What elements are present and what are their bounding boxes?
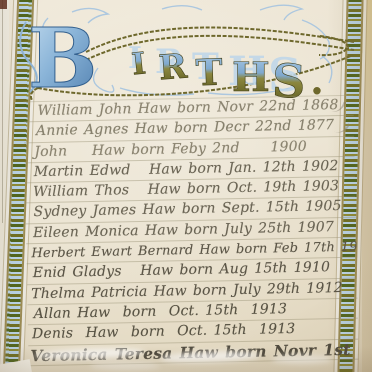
register-page-photo: I R T H S B I R T H S . William John Haw… — [0, 0, 372, 372]
left-page-edge-line — [2, 0, 3, 223]
svg-text:R: R — [157, 47, 189, 89]
erased-text-smudge — [272, 355, 332, 364]
svg-text:I: I — [130, 46, 148, 82]
births-title: I R T H S B I R T H S . — [14, 0, 358, 100]
svg-text:S: S — [271, 54, 306, 100]
top-left-corner-mark — [0, 0, 7, 9]
svg-text:T: T — [195, 51, 223, 94]
birth-entries-list: William John Haw born Novr 22nd 1868 Ann… — [23, 95, 358, 366]
erased-text-smudge — [90, 362, 160, 370]
right-page-edge — [362, 0, 372, 372]
svg-text:H: H — [232, 54, 270, 100]
title-initial-B: B — [28, 11, 97, 100]
title-period: . — [310, 57, 324, 100]
